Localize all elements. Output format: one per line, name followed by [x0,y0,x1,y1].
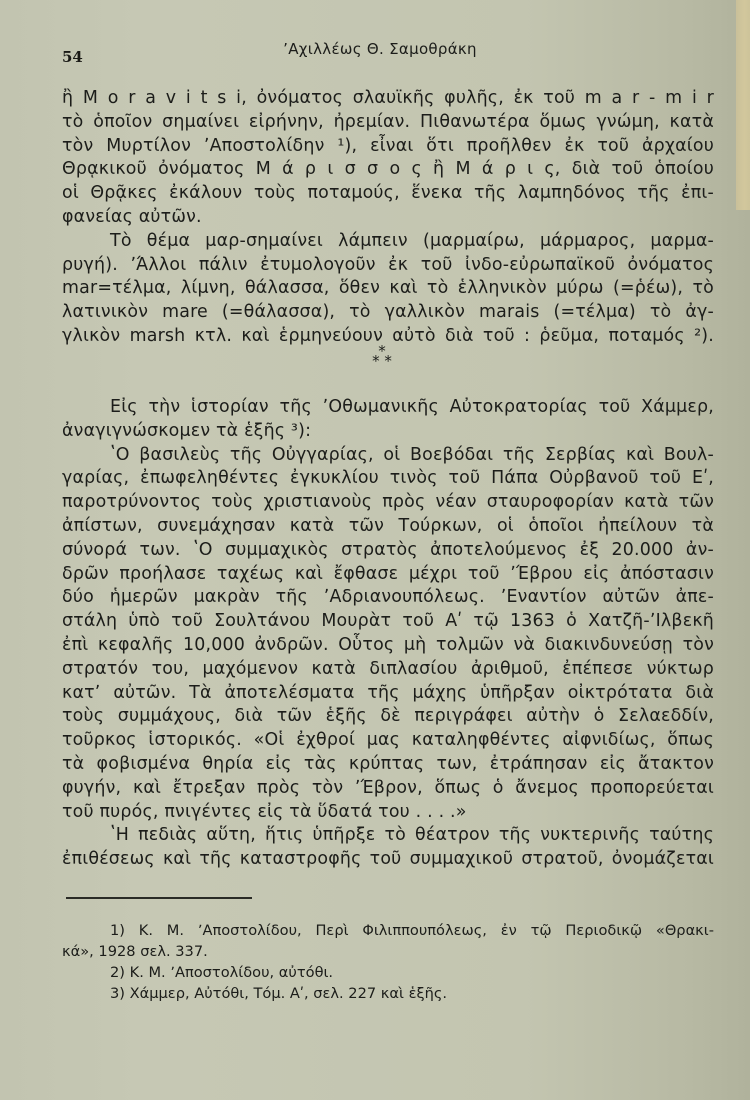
text-line: Θρᾳκικοῦ ὀνόματος Μ ά ρ ι σ σ ο ς ἢ Μ ά … [62,158,714,182]
footnote-1-continued: κά», 1928 σελ. 337. [62,941,714,962]
section-1-text: ἢ M o r a v i t s i, ὀνόματος σλαυϊκῆς φ… [62,87,714,349]
text-line: Εἰς τὴν ἱστορίαν τῆς ʼΟθωμανικῆς Αὐτοκρα… [62,396,714,420]
footnote-2: 2) Κ. Μ. ʼΑποστολίδου, αὐτόθι. [62,962,714,983]
text-line: ἀπίστων, συνεμάχησαν κατὰ τῶν Τούρκων, ο… [62,515,714,539]
text-line: τοῦ πυρός, πνιγέντες εἰς τὰ ὕδατά του . … [62,801,714,825]
text-line: τοῦρκος ἱστορικός. «Οἱ ἐχθροί μας καταλη… [62,729,714,753]
text-line: φανείας αὐτῶν. [62,206,714,230]
text-line: στρατόν του, μαχόμενον κατὰ διπλασίου ἀρ… [62,658,714,682]
section-separator: * * * [0,346,750,366]
text-line: ἢ M o r a v i t s i, ὀνόματος σλαυϊκῆς φ… [62,87,714,111]
text-line: γαρίας, ἐπωφεληθέντες ἐγκυκλίου τινὸς το… [62,467,714,491]
page-edge-strip [736,0,750,210]
text-line: τοὺς συμμάχους, διὰ τῶν ἑξῆς δὲ περιγράφ… [62,705,714,729]
text-line: δρῶν προήλασε ταχέως καὶ ἔφθασε μέχρι το… [62,563,714,587]
footnote-divider [66,897,252,899]
text-line: ἐπὶ κεφαλῆς 10,000 ἀνδρῶν. Οὗτος μὴ τολμ… [62,634,714,658]
book-page: 54 ʼΑχιλλέως Θ. Σαμοθράκη ἢ M o r a v i … [0,0,750,1100]
text-line: φυγήν, καὶ ἔτρεξαν πρὸς τὸν ʼΈβρον, ὅπως… [62,777,714,801]
footnote-1: 1) Κ. Μ. ʼΑποστολίδου, Περὶ Φιλιππουπόλε… [62,920,714,941]
text-line: ρυγή). ʼΆλλοι πάλιν ἐτυμολογοῦν ἐκ τοῦ ἰ… [62,254,714,278]
footnote-3: 3) Χάμμερ, Αὐτόθι, Τόμ. Αʹ, σελ. 227 καὶ… [62,983,714,1004]
text-line: κατʼ αὐτῶν. Τὰ ἀποτελέσματα τῆς μάχης ὑπ… [62,682,714,706]
text-line: mar=τέλμα, λίμνη, θάλασσα, ὅθεν καὶ τὸ ἑ… [62,277,714,301]
text-line: τὰ φοβισμένα θηρία εἰς τὰς κρύπτας των, … [62,753,714,777]
text-line: τὸν Μυρτίλον ʼΑποστολίδην ¹), εἶναι ὅτι … [62,135,714,159]
separator-star-bottom: * * [14,356,750,366]
text-line: δύο ἡμερῶν μακρὰν τῆς ʼΑδριανουπόλεως. ʼ… [62,586,714,610]
text-line: σύνορά των. ʽΟ συμμαχικὸς στρατὸς ἀποτελ… [62,539,714,563]
text-line: τὸ ὁποῖον σημαίνει εἰρήνην, ἠρεμίαν. Πιθ… [62,111,714,135]
text-line: οἱ Θρᾷκες ἐκάλουν τοὺς ποταμούς, ἕνεκα τ… [62,182,714,206]
running-head: ʼΑχιλλέως Θ. Σαμοθράκη [0,40,750,58]
text-line: ἐπιθέσεως καὶ τῆς καταστροφῆς τοῦ συμμαχ… [62,848,714,872]
footnotes: 1) Κ. Μ. ʼΑποστολίδου, Περὶ Φιλιππουπόλε… [62,920,714,1004]
text-line: ʽΟ βασιλεὺς τῆς Οὐγγαρίας, οἱ Βοεβόδαι τ… [62,444,714,468]
text-line: παροτρύνοντος τοὺς χριστιανοὺς πρὸς νέαν… [62,491,714,515]
text-line: Τὸ θέμα μαρ-σημαίνει λάμπειν (μαρμαίρω, … [62,230,714,254]
text-line: ἀναγιγνώσκομεν τὰ ἑξῆς ³): [62,420,714,444]
text-line: λατινικὸν mare (=θάλασσα), τὸ γαλλικὸν m… [62,301,714,325]
text-line: ʽΗ πεδιὰς αὕτη, ἥτις ὑπῆρξε τὸ θέατρον τ… [62,824,714,848]
section-2-text: Εἰς τὴν ἱστορίαν τῆς ʼΟθωμανικῆς Αὐτοκρα… [62,396,714,872]
text-line: στάλη ὑπὸ τοῦ Σουλτάνου Μουρὰτ τοῦ Αʹ τῷ… [62,610,714,634]
